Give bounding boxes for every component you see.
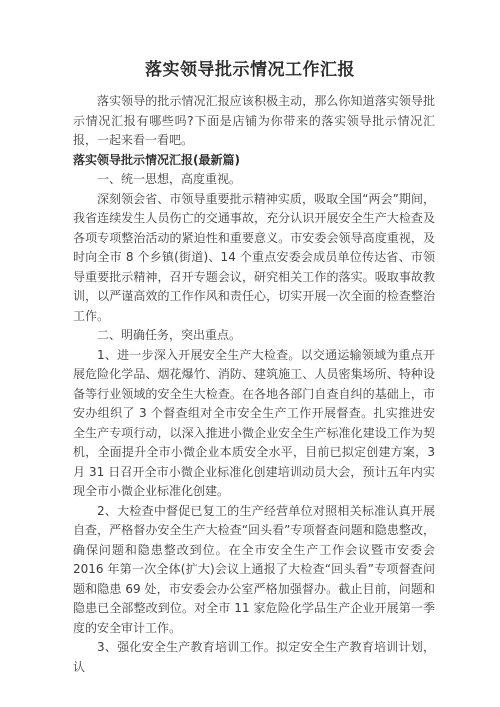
section-one-heading-paragraph: 一、统一思想，高度重视。 [73, 170, 435, 190]
section-two-heading-paragraph: 二、明确任务，突出重点。 [73, 326, 435, 346]
section-one-body-paragraph: 深刻领会省、市领导重要批示精神实质，吸取全国“两会”期间，我省连续发生人员伤亡的… [73, 190, 435, 327]
document-page: 落实领导批示情况工作汇报 落实领导的批示情况汇报应该积极主动，那么你知道落实领导… [0, 0, 500, 707]
document-title: 落实领导批示情况工作汇报 [0, 0, 500, 81]
section-subheading: 落实领导批示情况汇报(最新篇) [73, 151, 435, 171]
task-item-3-paragraph: 3、强化安全生产教育培训工作。拟定安全生产教育培训计划，认 [73, 638, 435, 677]
intro-paragraph: 落实领导的批示情况汇报应该积极主动，那么你知道落实领导批示情况汇报有哪些吗?下面… [73, 92, 435, 151]
task-item-1-paragraph: 1、进一步深入开展安全生产大检查。以交通运输领域为重点开展危险化学品、烟花爆竹、… [73, 346, 435, 502]
document-body: 落实领导的批示情况汇报应该积极主动，那么你知道落实领导批示情况汇报有哪些吗?下面… [73, 92, 435, 677]
task-item-2-paragraph: 2、大检查中督促已复工的生产经营单位对照相关标准认真开展自查，严格督办安全生产大… [73, 502, 435, 639]
